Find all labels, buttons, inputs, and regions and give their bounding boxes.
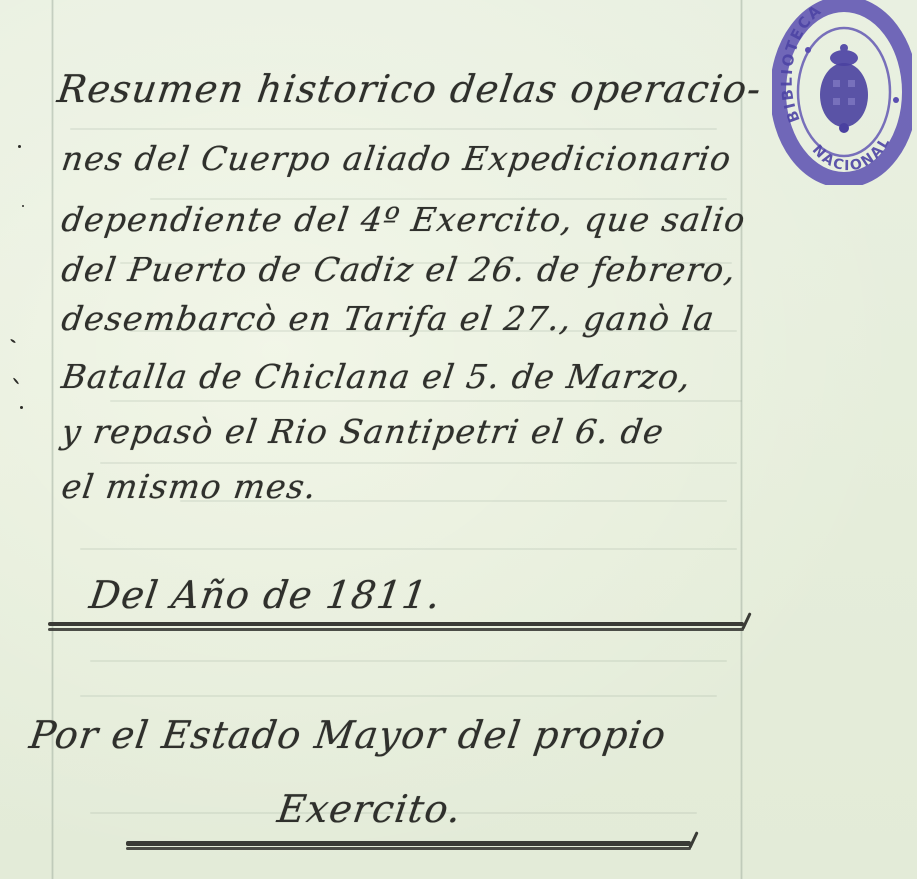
title-line-7: y repasò el Rio Santipetri el 6. de [60,415,667,448]
title-line-2: nes del Cuerpo aliado Expedicionario [60,142,734,175]
library-stamp: BIBLIOTECA NACIONAL [772,0,912,185]
bleed-through-line [70,128,717,130]
bleed-through-line [90,660,727,662]
author-underline-rule [126,841,691,850]
author-line-2: Exercito. [275,790,464,828]
bleed-through-line [100,462,737,464]
title-line-4: del Puerto de Cadiz el 26. de febrero, [60,253,739,286]
title-line-8: el mismo mes. [60,470,319,503]
title-line-3: dependiente del 4º Exercito, que salio [60,203,748,236]
author-line-1: Por el Estado Mayor del propio [27,716,669,754]
ink-speck [10,338,16,343]
right-margin-fold [740,0,743,879]
manuscript-page: Resumen historico delas operacio- nes de… [0,0,917,879]
year-line: Del Año de 1811. [87,576,443,614]
title-line-1: Resumen historico delas operacio- [55,70,764,108]
title-line-5: desembarcò en Tarifa el 27., ganò la [60,302,717,335]
year-underline-rule [48,622,744,631]
bleed-through-line [80,695,717,697]
coat-of-arms-icon [820,63,868,133]
crown-icon [830,44,858,66]
ink-speck [18,145,21,148]
ink-speck [13,377,20,384]
bleed-through-line [110,400,742,402]
title-line-6: Batalla de Chiclana el 5. de Marzo, [60,360,694,393]
ink-speck [20,406,23,409]
ink-speck [22,205,24,207]
bleed-through-line [80,548,737,550]
